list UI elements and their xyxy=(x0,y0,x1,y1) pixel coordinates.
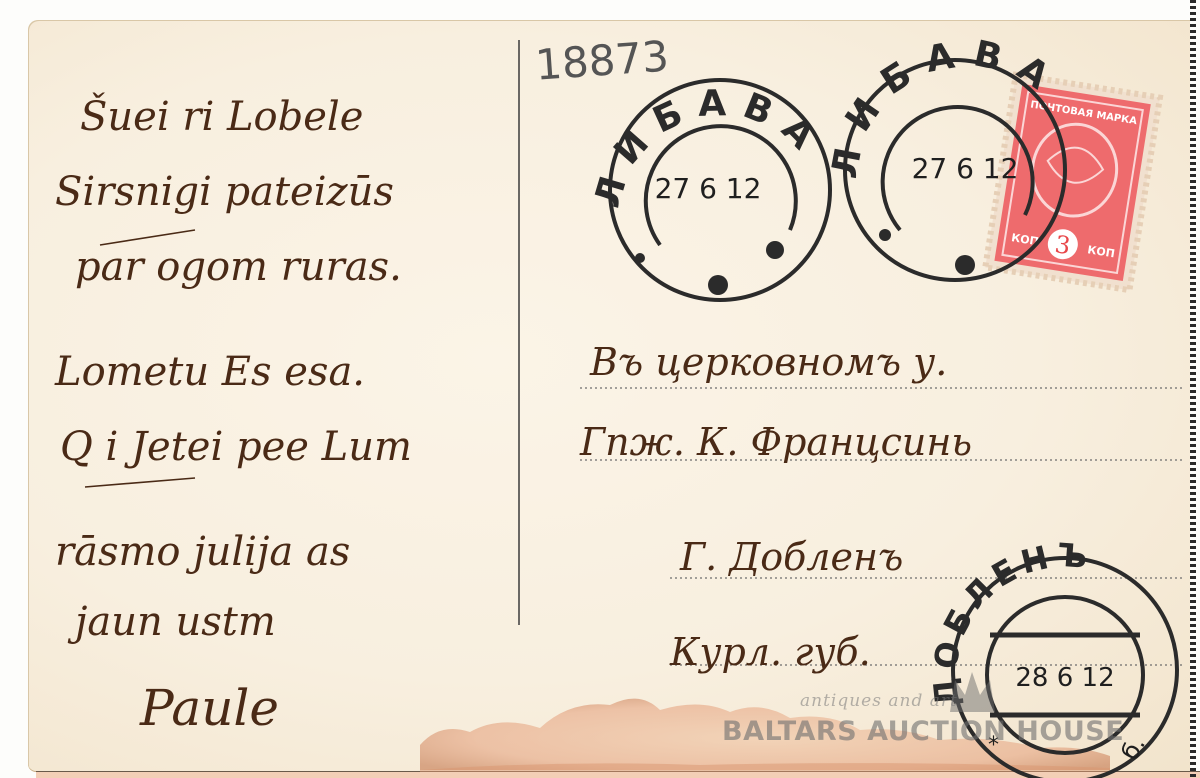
address-text: Въ церковномъ у. Гпж. К. Францсинь Г. До… xyxy=(579,340,972,674)
message-line: Sirsnigi pateizūs xyxy=(55,169,394,215)
postmark-date: 27 6 12 xyxy=(655,172,762,205)
signature: Paule xyxy=(139,679,279,737)
watermark-line1: antiques and art xyxy=(800,691,958,711)
message-line: Šuei ri Lobele xyxy=(80,93,363,140)
postmark-libava-1: ЛИБАВА 27 6 12 xyxy=(587,80,832,300)
inventory-number: 18873 xyxy=(534,31,671,89)
address-line: Курл. губ. xyxy=(669,630,871,674)
message-line: jaun ustm xyxy=(67,599,276,645)
postmark-date: 28 6 12 xyxy=(1015,663,1114,693)
message-line: Lometu Es esa. xyxy=(54,349,365,395)
watermark-line2: BALTARS AUCTION HOUSE xyxy=(722,716,1124,747)
message-line: rāsmo julija as xyxy=(55,529,350,575)
postcard-content: 18873 Šuei ri Lobele Sirsnigi pateizūs p… xyxy=(0,0,1200,778)
message-line: Q i Jetei pee Lum xyxy=(60,424,412,470)
message-text: Šuei ri Lobele Sirsnigi pateizūs par ogo… xyxy=(54,93,412,737)
address-line: Г. Добленъ xyxy=(679,535,903,579)
address-line: Въ церковномъ у. xyxy=(589,340,947,384)
message-line: par ogom ruras. xyxy=(75,244,402,290)
postmark-date: 27 6 12 xyxy=(912,152,1019,185)
address-line: Гпж. К. Францсинь xyxy=(579,420,972,464)
